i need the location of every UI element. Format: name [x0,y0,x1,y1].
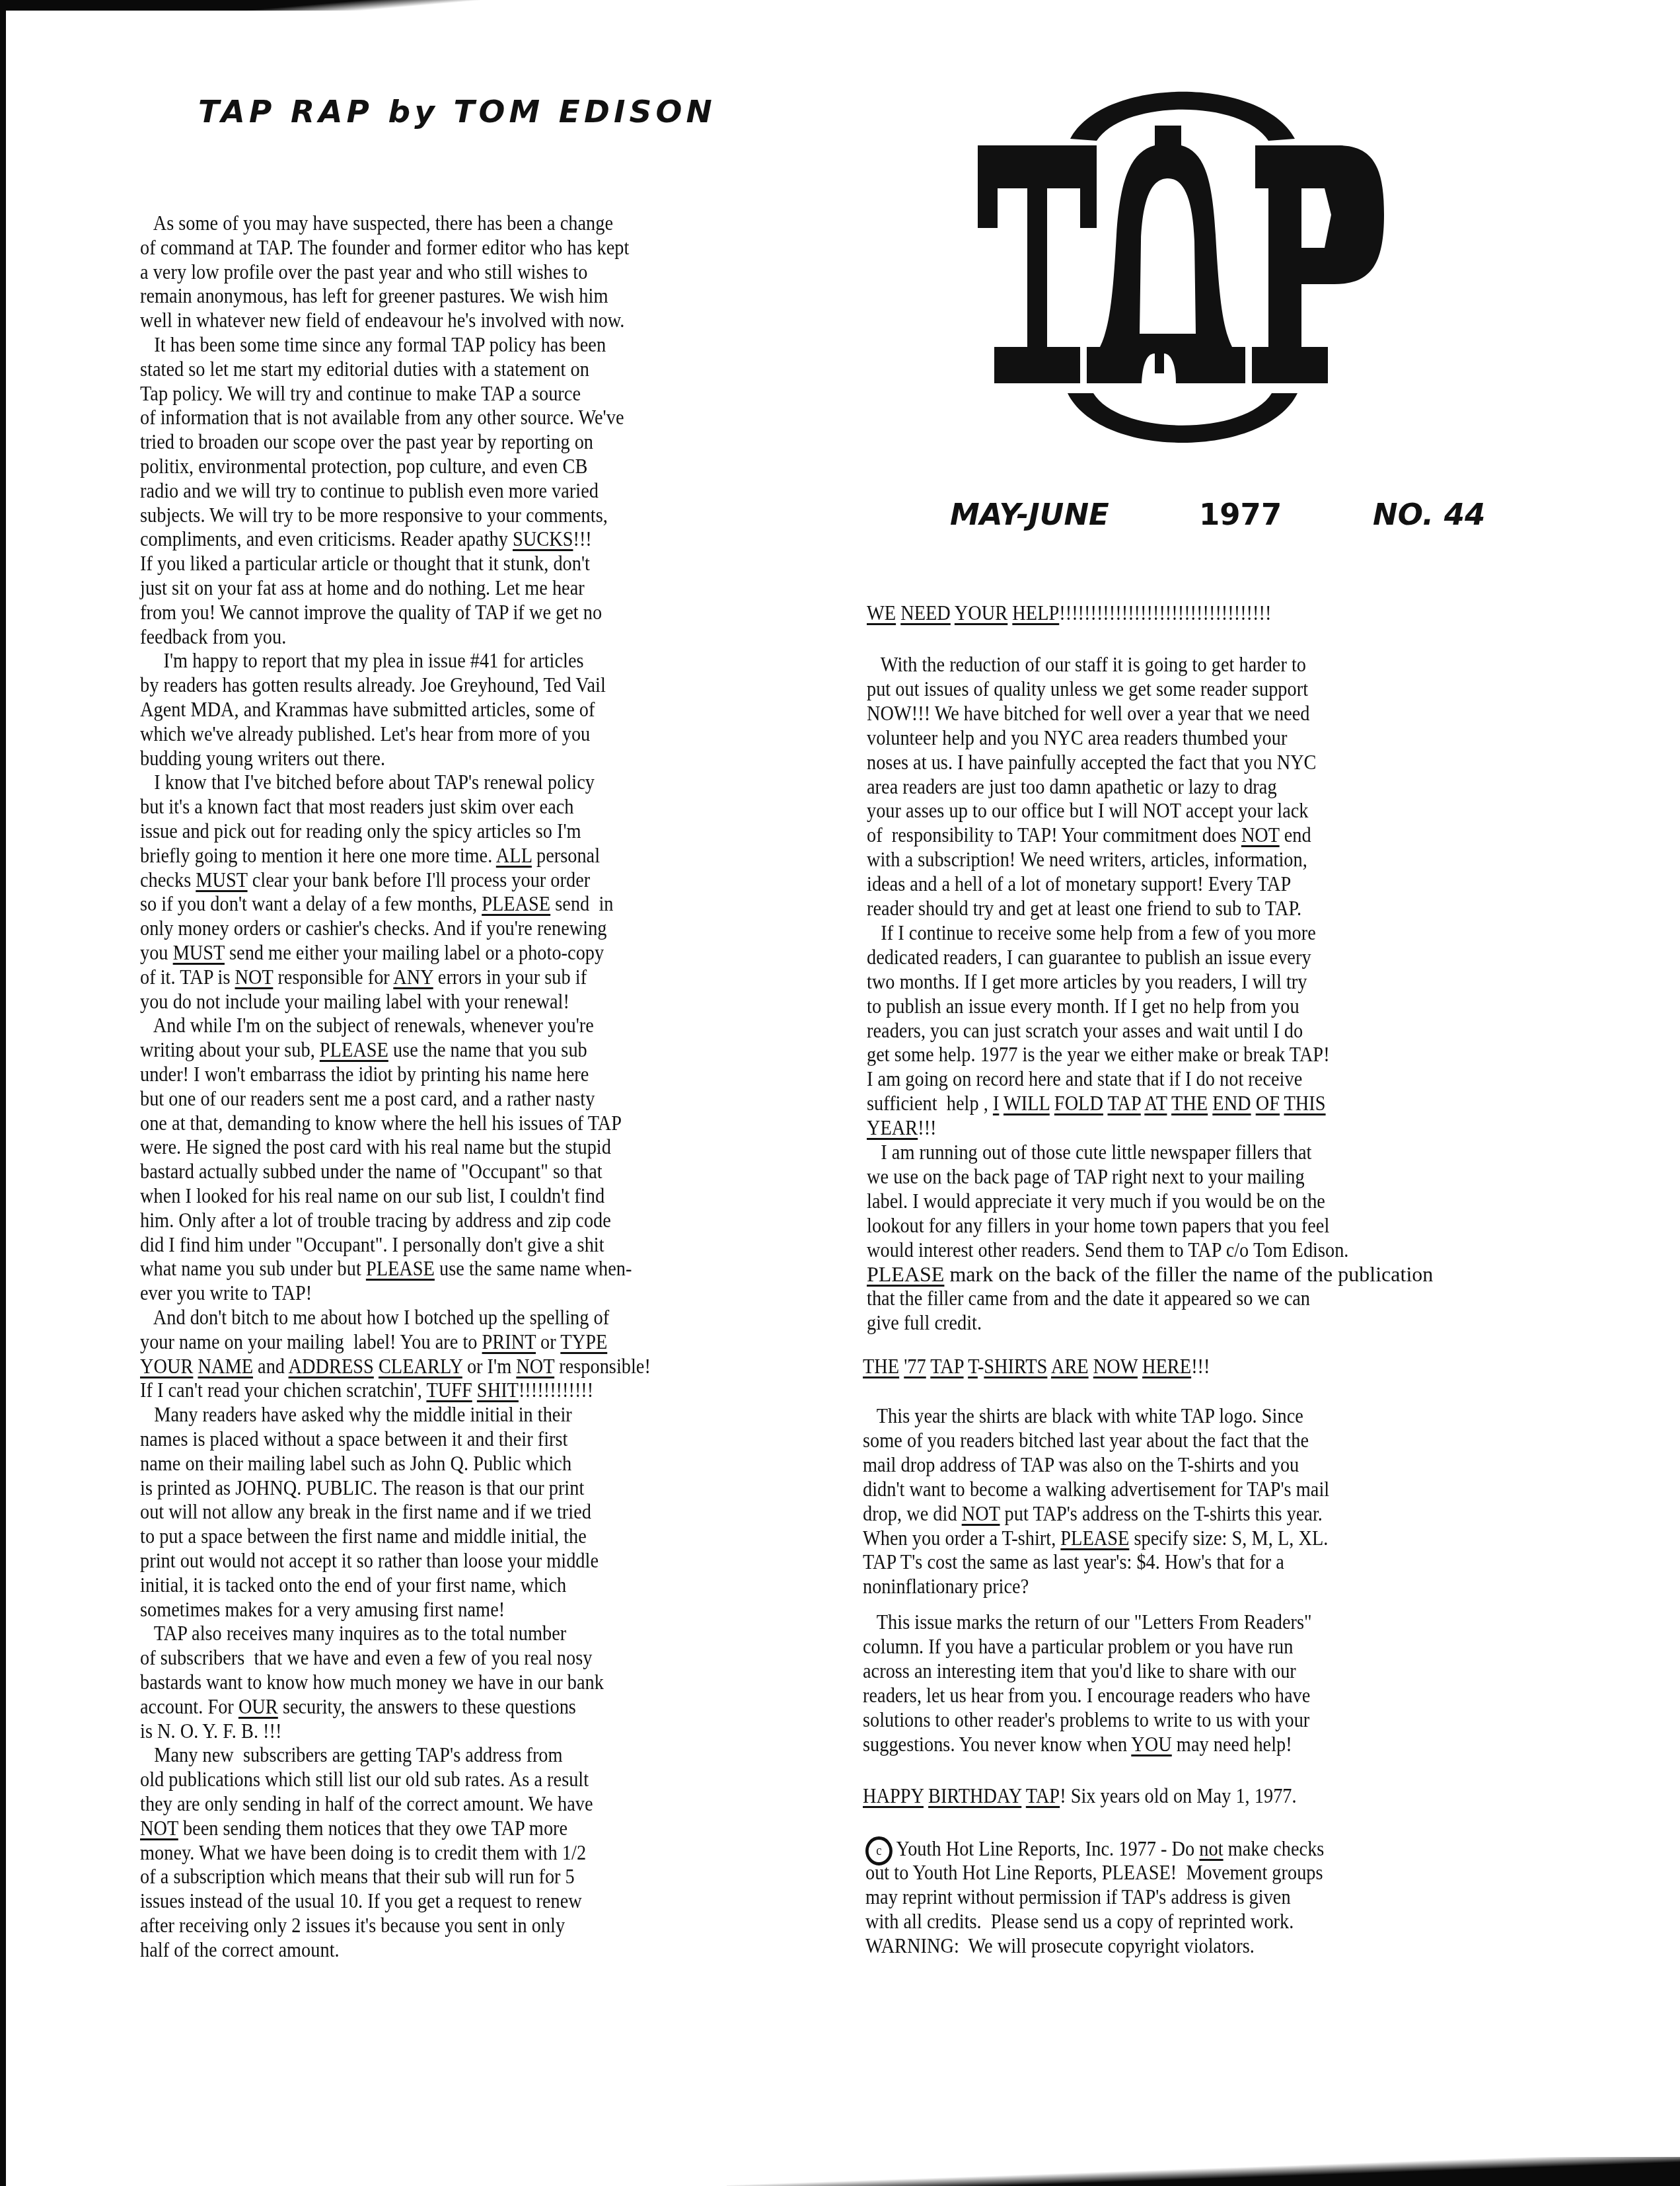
text-segment [924,1785,928,1807]
underlined-emphasis: OUR [238,1696,278,1718]
text-segment: use the name that you sub [388,1039,587,1061]
text-line: If you liked a particular article or tho… [140,552,590,576]
underlined-emphasis: HERE [1142,1355,1191,1378]
text-line: half of the correct amount. [140,1938,340,1962]
text-line: If I can't read your chichen scratchin',… [140,1378,593,1402]
text-line: issue and pick out for reading only the … [140,819,581,843]
underlined-emphasis: NOW [1093,1355,1138,1378]
text-line: I am going on record here and state that… [867,1067,1302,1091]
text-line: politix, environmental protection, pop c… [140,455,587,478]
text-segment: This year the shirts are black with whit… [863,1405,1303,1427]
underlined-emphasis: OF [1256,1092,1280,1115]
text-segment: just sit on your fat ass at home and do … [140,577,585,599]
text-line: put out issues of quality unless we get … [867,677,1308,701]
text-line: volunteer help and you NYC area readers … [867,726,1287,750]
underlined-emphasis: SHIT [477,1379,519,1402]
text-segment: bastard actually subbed under the name o… [140,1160,603,1183]
text-line: WE NEED YOUR HELP!!!!!!!!!!!!!!!!!!!!!!!… [867,601,1271,625]
text-segment: suggestions. You never know when [863,1733,1131,1756]
text-segment: And while I'm on the subject of renewals… [140,1014,594,1037]
text-segment: but it's a known fact that most readers … [140,796,574,818]
underlined-emphasis: TAP [930,1355,963,1378]
underlined-emphasis: THE [1171,1092,1208,1115]
underlined-emphasis: ALL [496,845,532,867]
text-line: TAP also receives many inquires as to th… [140,1622,566,1645]
text-line: of subscribers that we have and even a f… [140,1646,592,1670]
text-segment: briefly going to mention it here one mor… [140,845,496,867]
text-segment: names is placed without a space between … [140,1428,567,1451]
text-segment [1251,1092,1256,1115]
text-segment: money. What we have been doing is to cre… [140,1842,586,1864]
text-line: when I looked for his real name on our s… [140,1184,604,1208]
text-segment: what name you sub under but [140,1258,366,1280]
text-segment: but one of our readers sent me a post ca… [140,1088,595,1110]
text-segment: or I'm [462,1355,517,1378]
text-line: compliments, and even criticisms. Reader… [140,527,592,551]
scan-border-left [0,0,6,2186]
text-segment: of information that is not available fro… [140,406,624,429]
underlined-emphasis: WILL [1004,1092,1050,1115]
text-segment: make checks [1223,1838,1325,1860]
underlined-emphasis: YOU [1131,1733,1171,1756]
text-segment: two months. If I get more articles by yo… [867,971,1307,993]
text-line: Many new subscribers are getting TAP's a… [140,1743,563,1767]
text-segment: send me either your mailing label or a p… [225,942,604,964]
text-line: WARNING: We will prosecute copyright vio… [865,1934,1255,1958]
text-line: If I continue to receive some help from … [867,921,1316,945]
text-line: money. What we have been doing is to cre… [140,1841,586,1865]
text-line: remain anonymous, has left for greener p… [140,284,608,308]
text-line: checks MUST clear your bank before I'll … [140,868,590,892]
text-segment: of a subscription which means that their… [140,1866,575,1888]
text-segment: personal [532,845,600,867]
underlined-emphasis: SUCKS [513,528,573,550]
text-segment: didn't want to become a walking advertis… [863,1478,1329,1501]
underlined-emphasis: not [1199,1838,1223,1860]
text-segment [1089,1355,1093,1378]
text-line: old publications which still list our ol… [140,1768,589,1791]
text-line: your name on your mailing label! You are… [140,1330,607,1354]
underlined-emphasis: NEED [900,602,951,624]
text-segment: some of you readers bitched last year ab… [863,1429,1309,1452]
text-segment: mail drop address of TAP was also on the… [863,1454,1299,1476]
text-line: by readers has gotten results already. J… [140,673,606,697]
text-line: your asses up to our office but I will N… [867,799,1309,823]
text-line: NOT been sending them notices that they … [140,1817,567,1840]
text-segment: Youth Hot Line Reports, Inc. 1977 - Do [896,1838,1200,1860]
text-line: with all credits. Please send us a copy … [865,1910,1294,1934]
text-segment [193,1355,198,1378]
text-segment: WARNING: We will prosecute copyright vio… [865,1935,1255,1957]
text-segment: compliments, and even criticisms. Reader… [140,528,513,550]
text-segment: If I continue to receive some help from … [867,922,1316,944]
text-line: well in whatever new field of endeavour … [140,309,624,332]
text-line: area readers are just too damn apathetic… [867,775,1277,799]
text-segment: one at that, demanding to know where the… [140,1112,622,1135]
text-segment: that the filler came from and the date i… [867,1287,1310,1310]
text-line: give full credit. [867,1311,982,1335]
text-line: cYouth Hot Line Reports, Inc. 1977 - Do … [865,1836,1324,1860]
underlined-emphasis: YEAR [867,1117,918,1139]
issue-year: 1977 [1199,497,1282,532]
text-segment [1007,602,1012,624]
text-segment [1138,1355,1142,1378]
text-segment: readers, let us hear from you. I encoura… [863,1684,1310,1707]
text-line: issues instead of the usual 10. If you g… [140,1889,582,1913]
text-segment: of it. TAP is [140,966,235,989]
text-line: that the filler came from and the date i… [867,1287,1310,1310]
text-line: TAP T's cost the same as last year's: $4… [863,1550,1284,1574]
text-line: And while I'm on the subject of renewals… [140,1014,594,1037]
text-segment: reader should try and get at least one f… [867,897,1301,920]
text-line: which we've already published. Let's hea… [140,722,590,746]
underlined-emphasis: NOT [516,1355,554,1378]
text-line: only money orders or cashier's checks. A… [140,917,607,940]
issue-date: MAY-JUNE [950,497,1109,532]
text-line: label. I would appreciate it very much i… [867,1189,1325,1213]
text-segment: so if you don't want a delay of a few mo… [140,893,482,915]
text-line: YOUR NAME and ADDRESS CLEARLY or I'm NOT… [140,1355,651,1378]
text-segment: Many readers have asked why the middle i… [140,1404,572,1426]
text-line: of responsibility to TAP! Your commitmen… [867,823,1311,847]
text-segment: Many new subscribers are getting TAP's a… [140,1744,563,1766]
text-segment: with all credits. Please send us a copy … [865,1910,1294,1933]
text-line: they are only sending in half of the cor… [140,1792,593,1816]
text-segment: As some of you may have suspected, there… [140,212,613,235]
text-line: two months. If I get more articles by yo… [867,970,1307,994]
text-line: Many readers have asked why the middle i… [140,1403,572,1427]
text-line: YEAR!!! [867,1116,937,1140]
text-line: Tap policy. We will try and continue to … [140,382,581,406]
text-segment: when I looked for his real name on our s… [140,1185,604,1207]
text-segment: is N. O. Y. F. B. !!! [140,1720,281,1743]
text-line: but one of our readers sent me a post ca… [140,1087,595,1111]
text-line: under! I won't embarrass the idiot by pr… [140,1063,589,1086]
text-line: may reprint without permission if TAP's … [865,1885,1291,1909]
text-line: column. If you have a particular problem… [863,1635,1293,1659]
text-segment: !!!!!!!!!!!!!!!!!!!!!!!!!!!!!!!!!! [1059,602,1271,624]
text-line: readers, you can just scratch your asses… [867,1019,1303,1043]
text-segment: politix, environmental protection, pop c… [140,455,587,478]
text-line: initial, it is tacked onto the end of yo… [140,1573,566,1597]
text-segment: him. Only after a lot of trouble tracing… [140,1209,611,1232]
underlined-emphasis: NOT [962,1503,1000,1525]
text-line: bastards want to know how much money we … [140,1671,604,1694]
underlined-emphasis: '77 [904,1355,926,1378]
text-segment [896,602,900,624]
page-headline: TAP RAP by TOM EDISON [198,94,716,130]
text-segment [999,1092,1004,1115]
text-segment: would interest other readers. Send them … [867,1239,1348,1262]
text-segment: readers, you can just scratch your asses… [867,1020,1303,1042]
text-segment: your name on your mailing label! You are… [140,1331,482,1353]
text-segment: ever you write to TAP! [140,1282,312,1304]
text-segment: we use on the back page of TAP right nex… [867,1166,1305,1188]
text-line: This issue marks the return of our "Lett… [863,1610,1312,1634]
text-segment: TAP also receives many inquires as to th… [140,1622,566,1645]
text-line: lookout for any fillers in your home tow… [867,1214,1329,1238]
text-segment: With the reduction of our staff it is go… [867,654,1306,676]
text-segment: send in [550,893,613,915]
text-segment: volunteer help and you NYC area readers … [867,727,1287,749]
underlined-emphasis: TAP [1026,1785,1060,1807]
text-segment: area readers are just too damn apathetic… [867,776,1277,798]
text-segment: initial, it is tacked onto the end of yo… [140,1574,566,1597]
text-segment: from you! We cannot improve the quality … [140,601,602,624]
text-line: dedicated readers, I can guarantee to pu… [867,946,1311,969]
text-segment: name on their mailing label such as John… [140,1452,571,1475]
text-segment: !!! [918,1117,936,1139]
text-line: so if you don't want a delay of a few mo… [140,892,614,916]
text-segment: sometimes makes for a very amusing first… [140,1599,505,1621]
text-line: would interest other readers. Send them … [867,1238,1348,1262]
text-segment: lookout for any fillers in your home tow… [867,1215,1329,1237]
text-segment: mark on the back of the filler the name … [944,1263,1433,1286]
text-segment [1208,1092,1212,1115]
text-segment: your asses up to our office but I will N… [867,800,1309,822]
text-segment: security, the answers to these questions [278,1696,576,1718]
text-line: is printed as JOHNQ. PUBLIC. The reason … [140,1476,584,1500]
text-segment: radio and we will try to continue to pub… [140,480,599,502]
text-segment: which we've already published. Let's hea… [140,723,590,745]
underlined-emphasis: BIRTHDAY [928,1785,1021,1807]
underlined-emphasis: HELP [1012,602,1059,624]
text-segment: noses at us. I have painfully accepted t… [867,751,1317,774]
text-segment: responsible for [273,966,393,989]
text-segment: It has been some time since any formal T… [140,334,606,356]
underlined-emphasis: I [993,1092,999,1115]
underlined-emphasis: NOT [140,1817,178,1840]
text-segment: out will not allow any break in the firs… [140,1501,591,1523]
text-line: from you! We cannot improve the quality … [140,601,602,624]
text-segment: may reprint without permission if TAP's … [865,1886,1291,1908]
text-segment: When you order a T-shirt, [863,1527,1060,1550]
text-line: were. He signed the post card with his r… [140,1135,611,1159]
text-segment: well in whatever new field of endeavour … [140,309,624,332]
text-segment: solutions to other reader's problems to … [863,1709,1309,1731]
text-segment: writing about your sub, [140,1039,320,1061]
text-line: writing about your sub, PLEASE use the n… [140,1038,587,1062]
text-line: reader should try and get at least one f… [867,897,1301,921]
underlined-emphasis: NAME [198,1355,253,1378]
bell-in-oval-icon [978,83,1387,459]
text-line: did I find him under "Occupant". I perso… [140,1233,604,1257]
text-segment: out to Youth Hot Line Reports, PLEASE! M… [865,1862,1323,1884]
text-line: feedback from you. [140,625,286,649]
text-segment: tried to broaden our scope over the past… [140,431,593,453]
text-segment: after receiving only 2 issues it's becau… [140,1914,565,1937]
text-line: I'm happy to report that my plea in issu… [140,649,584,673]
text-line: NOW!!! We have bitched for well over a y… [867,702,1310,726]
scan-border-bottom [727,2157,1680,2186]
text-line: we use on the back page of TAP right nex… [867,1165,1305,1189]
underlined-emphasis: TYPE [560,1331,607,1353]
text-segment: did I find him under "Occupant". I perso… [140,1234,604,1256]
text-segment: by readers has gotten results already. J… [140,674,606,697]
text-segment: feedback from you. [140,626,286,648]
underlined-emphasis: THIS [1284,1092,1326,1115]
text-segment: noninflationary price? [863,1575,1029,1598]
text-segment: give full credit. [867,1312,982,1334]
text-segment: may need help! [1172,1733,1292,1756]
underlined-emphasis: TUFF [426,1379,472,1402]
text-line: after receiving only 2 issues it's becau… [140,1914,565,1938]
text-segment: NOW!!! We have bitched for well over a y… [867,702,1310,725]
underlined-emphasis: PLEASE [366,1258,435,1280]
text-line: I am running out of those cute little ne… [867,1141,1311,1164]
underlined-emphasis: NOT [235,966,274,989]
text-segment: !!! [1191,1355,1210,1378]
text-segment: bastards want to know how much money we … [140,1671,604,1694]
text-line: account. For OUR security, the answers t… [140,1695,576,1719]
underlined-emphasis: CLEARLY [379,1355,462,1378]
text-line: what name you sub under but PLEASE use t… [140,1257,632,1281]
text-segment: sufficient help , [867,1092,993,1115]
text-segment: stated so let me start my editorial duti… [140,358,589,381]
text-segment: you do not include your mailing label wi… [140,991,569,1013]
text-segment: account. For [140,1696,238,1718]
text-line: of information that is not available fro… [140,406,624,430]
underlined-emphasis: ADDRESS [289,1355,374,1378]
underlined-emphasis: PLEASE [482,893,550,915]
issue-number: NO. 44 [1373,497,1485,532]
text-segment: or [536,1331,560,1353]
text-segment: to put a space between the first name an… [140,1525,587,1548]
text-segment: remain anonymous, has left for greener p… [140,285,608,307]
text-segment: issues instead of the usual 10. If you g… [140,1890,582,1912]
underlined-emphasis: HAPPY [863,1785,924,1807]
text-line: I know that I've bitched before about TA… [140,771,595,794]
text-line: with a subscription! We need writers, ar… [867,848,1307,872]
text-segment: I know that I've bitched before about TA… [140,771,595,794]
underlined-emphasis: ARE [1051,1355,1089,1378]
text-segment [899,1355,904,1378]
text-line: is N. O. Y. F. B. !!! [140,1719,281,1743]
underlined-emphasis: NOT [1241,824,1280,847]
text-line: noses at us. I have painfully accepted t… [867,751,1317,774]
text-line: budding young writers out there. [140,747,385,771]
text-line: drop, we did NOT put TAP's address on th… [863,1502,1323,1526]
text-line: bastard actually subbed under the name o… [140,1160,603,1184]
newsletter-page: TAP RAP by TOM EDISON As some of you may… [0,0,1680,2186]
text-segment: errors in your sub if [433,966,587,989]
text-segment: they are only sending in half of the cor… [140,1793,593,1815]
text-line: readers, let us hear from you. I encoura… [863,1684,1310,1708]
underlined-emphasis: SHIRTS [984,1355,1047,1378]
underlined-emphasis: END [1212,1092,1251,1115]
text-line: THE '77 TAP T-SHIRTS ARE NOW HERE!!! [863,1355,1210,1378]
text-segment: of command at TAP. The founder and forme… [140,237,629,259]
text-line: but it's a known fact that most readers … [140,795,574,819]
text-line: Agent MDA, and Krammas have submitted ar… [140,698,595,722]
text-line: ideas and a hell of a lot of monetary su… [867,872,1291,896]
text-segment: Tap policy. We will try and continue to … [140,383,581,405]
text-line: of it. TAP is NOT responsible for ANY er… [140,965,587,989]
text-line: tried to broaden our scope over the past… [140,430,593,454]
text-line: And don't bitch to me about how I botche… [140,1306,609,1330]
underlined-emphasis: ANY [393,966,433,989]
text-line: HAPPY BIRTHDAY TAP! Six years old on May… [863,1784,1297,1808]
text-segment: dedicated readers, I can guarantee to pu… [867,946,1311,969]
text-segment: across an interesting item that you'd li… [863,1660,1296,1682]
text-segment: issue and pick out for reading only the … [140,820,581,843]
underlined-emphasis: MUST [173,942,225,964]
text-line: When you order a T-shirt, PLEASE specify… [863,1526,1328,1550]
text-line: It has been some time since any formal T… [140,333,606,357]
text-segment: specify size: S, M, L, XL. [1129,1527,1328,1550]
text-segment: half of the correct amount. [140,1939,340,1961]
text-line: to publish an issue every month. If I ge… [867,995,1299,1018]
text-segment: ! Six years old on May 1, 1977. [1060,1785,1296,1807]
text-segment: only money orders or cashier's checks. A… [140,917,607,940]
text-line: sometimes makes for a very amusing first… [140,1598,505,1622]
text-line: a very low profile over the past year an… [140,260,587,284]
underlined-emphasis: PLEASE [867,1263,944,1286]
text-line: suggestions. You never know when YOU may… [863,1733,1292,1756]
text-line: out will not allow any break in the firs… [140,1500,591,1524]
text-segment: checks [140,869,196,891]
text-line: of command at TAP. The founder and forme… [140,236,629,260]
text-segment: Agent MDA, and Krammas have submitted ar… [140,698,595,721]
text-segment: under! I won't embarrass the idiot by pr… [140,1063,589,1086]
text-line: mail drop address of TAP was also on the… [863,1453,1299,1477]
underlined-emphasis: AT [1144,1092,1167,1115]
text-segment: you [140,942,173,964]
text-segment: I'm happy to report that my plea in issu… [140,650,584,672]
underlined-emphasis: FOLD [1054,1092,1103,1115]
text-segment: And don't bitch to me about how I botche… [140,1306,609,1329]
text-segment: responsible! [554,1355,651,1378]
text-line: to put a space between the first name an… [140,1525,587,1548]
text-segment: put out issues of quality unless we get … [867,678,1308,700]
text-segment: use the same name when- [435,1258,632,1280]
text-segment: !!! [573,528,591,550]
text-line: you MUST send me either your mailing lab… [140,941,604,965]
text-line: noninflationary price? [863,1575,1029,1599]
text-segment: I am running out of those cute little ne… [867,1141,1311,1164]
underlined-emphasis: WE [867,602,896,624]
text-segment: were. He signed the post card with his r… [140,1136,611,1158]
text-segment: I am going on record here and state that… [867,1068,1302,1090]
underlined-emphasis: MUST [196,869,247,891]
text-segment: a very low profile over the past year an… [140,261,587,283]
text-line: just sit on your fat ass at home and do … [140,576,585,600]
text-line: briefly going to mention it here one mor… [140,844,600,868]
text-segment: label. I would appreciate it very much i… [867,1190,1325,1213]
text-segment: !!!!!!!!!!!! [519,1379,593,1402]
text-line: solutions to other reader's problems to … [863,1708,1309,1732]
text-line: name on their mailing label such as John… [140,1452,571,1476]
text-segment: column. If you have a particular problem… [863,1636,1293,1658]
text-line: some of you readers bitched last year ab… [863,1429,1309,1452]
text-segment: is printed as JOHNQ. PUBLIC. The reason … [140,1477,584,1499]
text-segment: and [253,1355,289,1378]
text-line: ever you write to TAP! [140,1281,312,1305]
underlined-emphasis: TAP [1108,1092,1141,1115]
underlined-emphasis: PLEASE [1060,1527,1129,1550]
underlined-emphasis: PRINT [482,1331,536,1353]
text-segment: This issue marks the return of our "Lett… [863,1611,1312,1634]
text-segment: get some help. 1977 is the year we eithe… [867,1043,1330,1066]
text-segment [1103,1092,1108,1115]
text-line: out to Youth Hot Line Reports, PLEASE! M… [865,1861,1323,1885]
underlined-emphasis: THE [863,1355,899,1378]
text-segment: If I can't read your chichen scratchin', [140,1379,426,1402]
text-line: This year the shirts are black with whit… [863,1404,1303,1428]
text-line: PLEASE mark on the back of the filler th… [867,1263,1433,1287]
text-segment: been sending them notices that they owe … [178,1817,567,1840]
text-line: get some help. 1977 is the year we eithe… [867,1043,1330,1067]
